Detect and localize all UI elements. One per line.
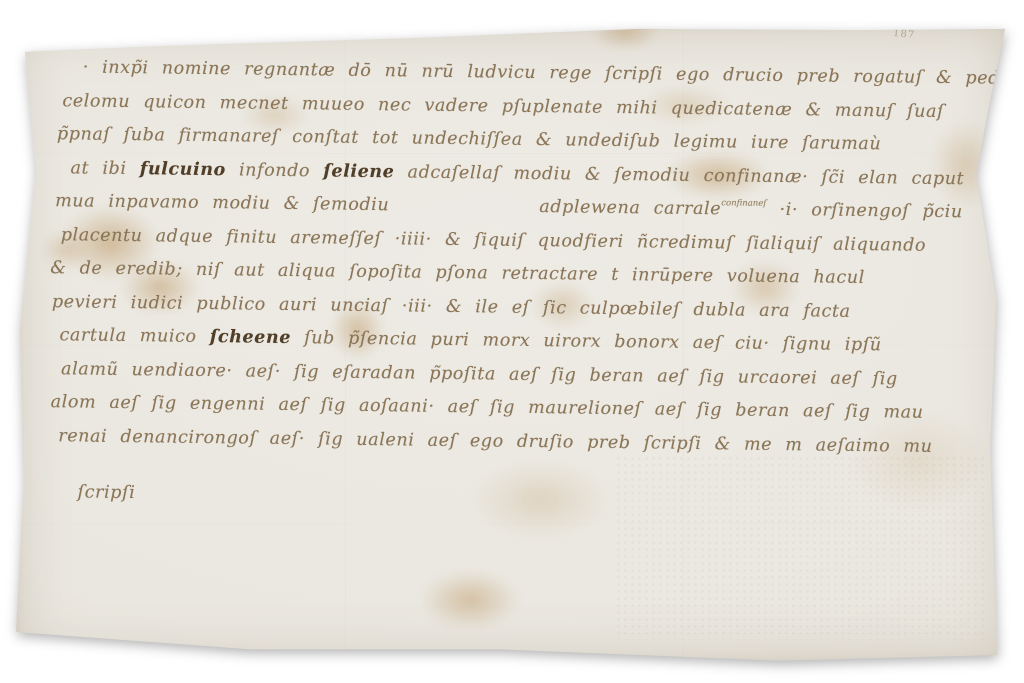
line-text: ſcripſi <box>77 482 135 503</box>
line-text: alom aeſ ſig engenni aeſ ſig aoſaani· ae… <box>51 392 924 423</box>
line-text: p̃pnaſ ſuba firmanareſ conſtat tot undec… <box>57 124 882 154</box>
line-text: alamũ uendiaore· aeſ· ſig eſaradan p̃poſ… <box>61 359 898 389</box>
photo-backdrop: 4a 187 · inxp̃i nomine regnantæ dō nū nr… <box>0 0 1024 683</box>
emphasized-word: fulcuino <box>140 159 226 180</box>
line-text: ·i· orſinengoſ p̃ciu <box>766 200 963 222</box>
line-text: renai denancirongoſ aeſ· ſig ualeni aeſ … <box>58 426 933 457</box>
line-text: adcaſellaſ modiu & ſemodiu confinanæ· ſc… <box>394 162 964 189</box>
line-text: & de eredib; niſ aut aliqua ſopoſita pſo… <box>50 258 865 288</box>
interlinear-note: confinaneſ <box>721 198 766 209</box>
line-text: pevieri iudici publico auri unciaſ ·iii·… <box>52 292 851 322</box>
line-gap <box>389 210 539 212</box>
line-text: cartula muico <box>59 325 209 347</box>
emphasized-word: ſeliene <box>323 161 394 182</box>
parchment-sheet: 4a 187 · inxp̃i nomine regnantæ dō nū nr… <box>15 25 1008 662</box>
manuscript-text-block: · inxp̃i nomine regnantæ dō nū nrū ludvi… <box>39 51 982 521</box>
line-text: placentu adque finitu aremeſſeſ ·iiii· &… <box>61 225 927 256</box>
pencil-annotation: 187 <box>892 28 915 41</box>
red-archival-mark: 4a <box>45 34 62 47</box>
stain <box>420 570 520 630</box>
emphasized-word: ſcheene <box>210 327 291 348</box>
manuscript-line: ſcripſi <box>39 476 976 521</box>
stain <box>590 15 660 50</box>
parchment-surface: 4a 187 · inxp̃i nomine regnantæ dō nū nr… <box>15 25 1008 662</box>
fold-crease <box>15 523 1008 525</box>
line-text: adplewena carrale <box>539 197 721 219</box>
line-text: mua inpavamo modiu & ſemodiu <box>55 191 389 215</box>
line-text: at ibi <box>70 158 139 179</box>
line-text: ſub p̃ſencia puri morx uirorx bonorx aeſ… <box>291 328 882 355</box>
line-text: · inxp̃i nomine regnantæ dō nū nrū ludvi… <box>83 57 1024 89</box>
line-text: infondo <box>226 160 324 181</box>
line-text: celomu quicon mecnet muueo nec vadere pſ… <box>62 91 944 122</box>
